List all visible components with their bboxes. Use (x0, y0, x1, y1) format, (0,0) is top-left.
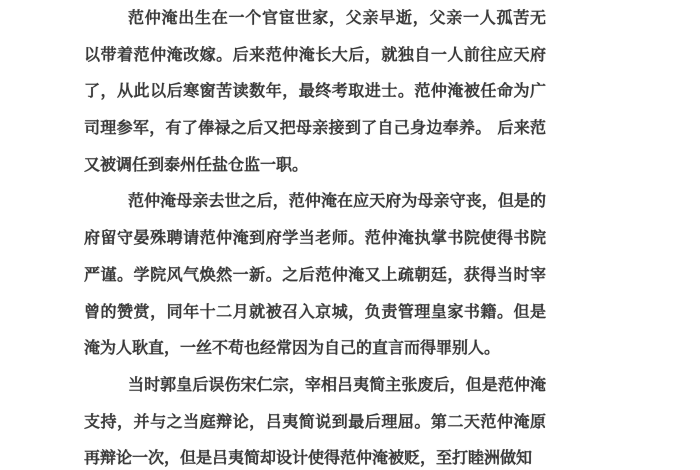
text-line: 淹为人耿直，一丝不苟也经常因为自己的直言而得罪别人。 (84, 330, 546, 367)
text-line: 了，从此以后寒窗苦读数年，最终考取进士。范仲淹被任命为广德军 (84, 73, 546, 110)
text-line: 再辩论一次，但是吕夷简却设计使得范仲淹被贬，至打睦洲做知州。 (84, 440, 546, 470)
text-line: 府留守晏殊聘请范仲淹到府学当老师。范仲淹执掌书院使得书院治学 (84, 220, 546, 257)
text-line: 支持，并与之当庭辩论，吕夷简说到最后理屈。第二天范仲淹原打算 (84, 404, 546, 441)
article-text: 范仲淹出生在一个官宦世家，父亲早逝，父亲一人孤苦无依，多以带着范仲淹改嫁。后来范… (84, 0, 546, 470)
text-line: 司理参军，有了俸禄之后又把母亲接到了自己身边奉养。 后来范仲淹 (84, 110, 546, 147)
article-page: 范仲淹出生在一个官宦世家，父亲早逝，父亲一人孤苦无依，多以带着范仲淹改嫁。后来范… (0, 0, 700, 470)
text-line: 以带着范仲淹改嫁。后来范仲淹长大后，就独自一人前往应天府求学 (84, 37, 546, 74)
text-line: 范仲淹母亲去世之后，范仲淹在应天府为母亲守丧，但是的应天 (84, 183, 546, 220)
text-line: 严谨。学院风气焕然一新。之后范仲淹又上疏朝廷，获得当时宰相王 (84, 257, 546, 294)
text-line: 范仲淹出生在一个官宦世家，父亲早逝，父亲一人孤苦无依，多 (84, 0, 546, 37)
text-line: 曾的赞赏，同年十二月就被召入京城，负责管理皇家书籍。但是范仲 (84, 294, 546, 331)
text-line: 又被调任到泰州任盐仓监一职。 (84, 147, 546, 184)
text-line: 当时郭皇后误伤宋仁宗，宰相吕夷简主张废后，但是范仲淹却不 (84, 367, 546, 404)
paragraph: 当时郭皇后误伤宋仁宗，宰相吕夷简主张废后，但是范仲淹却不支持，并与之当庭辩论，吕… (84, 367, 546, 470)
paragraph: 范仲淹母亲去世之后，范仲淹在应天府为母亲守丧，但是的应天府留守晏殊聘请范仲淹到府… (84, 183, 546, 366)
paragraph: 范仲淹出生在一个官宦世家，父亲早逝，父亲一人孤苦无依，多以带着范仲淹改嫁。后来范… (84, 0, 546, 183)
